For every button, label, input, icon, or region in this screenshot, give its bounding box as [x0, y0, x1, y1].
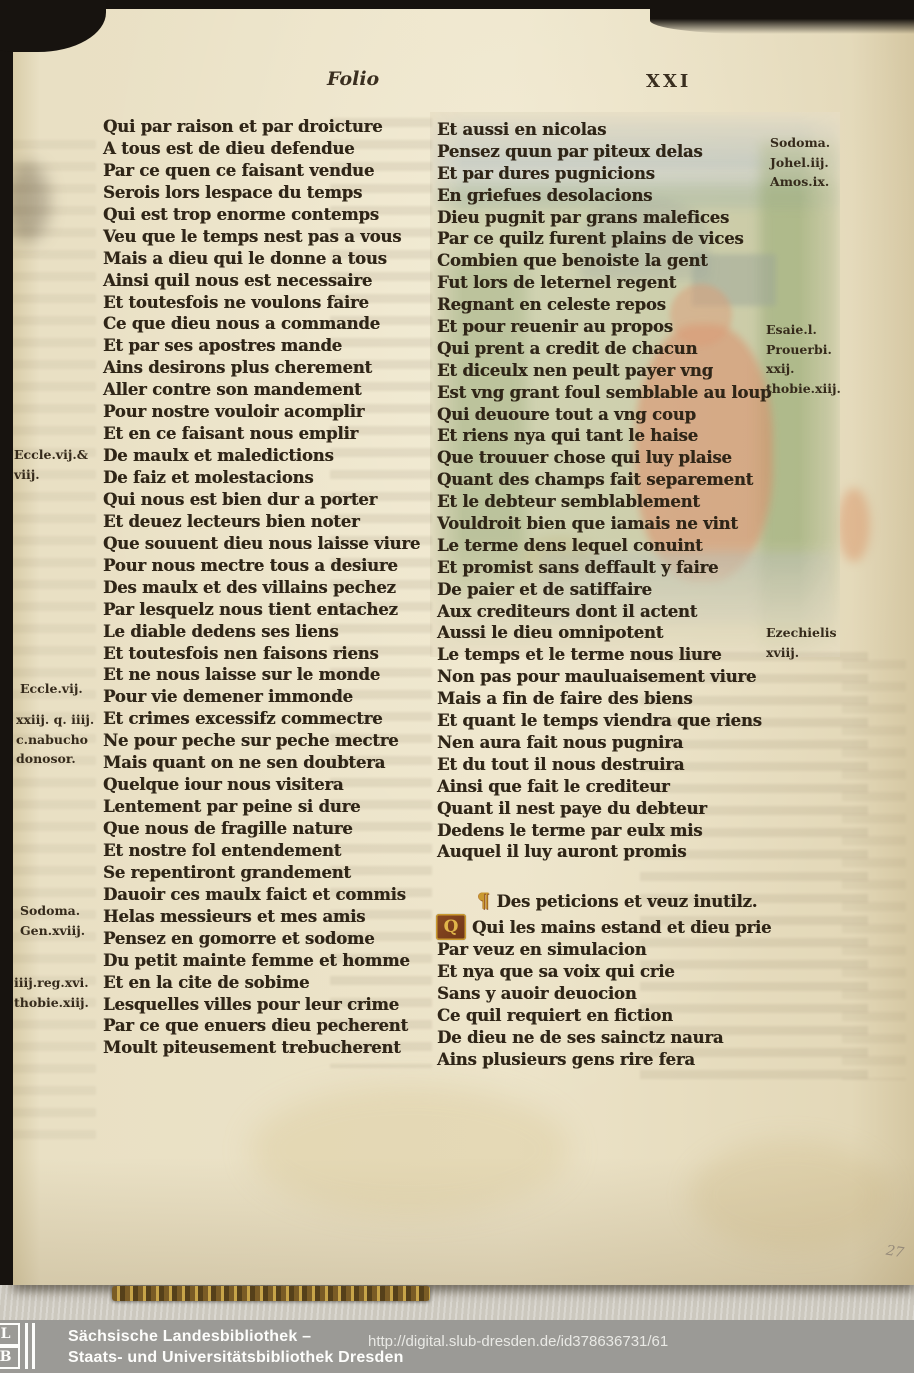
- verse-line: Helas messieurs et mes amis: [103, 906, 437, 928]
- verse-line: Qui les mains estand et dieu prie: [472, 917, 771, 939]
- margin-note-line: Prouerbi.: [766, 340, 841, 360]
- verse-line: Ainsi que fait le crediteur: [437, 776, 857, 798]
- verse-line: Le terme dens lequel conuint: [437, 535, 857, 557]
- margin-note-left: xxiij. q. iiij.c.nabuchodonosor.: [16, 710, 94, 769]
- slub-logo-letter: B: [0, 1346, 20, 1369]
- margin-note-left: iiij.reg.xvi.thobie.xiij.: [14, 973, 89, 1012]
- folio-label: Folio: [327, 68, 379, 90]
- verse-line: Dedens le terme par eulx mis: [437, 820, 857, 842]
- illuminated-initial: Q: [436, 914, 466, 940]
- verse-line: Que nous de fragille nature: [103, 818, 437, 840]
- scan-background-corner: [650, 0, 914, 34]
- verse-line: Sans y auoir deuocion: [437, 983, 857, 1005]
- left-text-column: Qui par raison et par droictureA tous es…: [103, 116, 437, 1059]
- verse-line: Moult piteusement trebucherent: [103, 1037, 437, 1059]
- margin-note-left: Sodoma.Gen.xviij.: [20, 901, 85, 940]
- verse-line: Le diable dedens ses liens: [103, 621, 437, 643]
- verse-line: Et nya que sa voix qui crie: [437, 961, 857, 983]
- verse-line: Mais quant on ne sen doubtera: [103, 752, 437, 774]
- verse-line: Aux crediteurs dont il actent: [437, 601, 857, 623]
- verse-line: Dauoir ces maulx faict et commis: [103, 884, 437, 906]
- verse-line: Regnant en celeste repos: [437, 294, 857, 316]
- footer-bar: L B Sächsische Landesbibliothek – Staats…: [0, 1320, 914, 1373]
- verse-line: A tous est de dieu defendue: [103, 138, 437, 160]
- verse-line: Que souuent dieu nous laisse viure: [103, 533, 437, 555]
- verse-line: Qui est trop enorme contemps: [103, 204, 437, 226]
- margin-note-line: iiij.reg.xvi.: [14, 973, 89, 993]
- verse-line: Ains plusieurs gens rire fera: [437, 1049, 857, 1071]
- verse-line: Pensez en gomorre et sodome: [103, 928, 437, 950]
- margin-note-line: Ezechielis: [766, 623, 837, 643]
- scan-background-edge: [0, 0, 13, 1285]
- verse-line: Serois lors lespace du temps: [103, 182, 437, 204]
- margin-note-line: xviij.: [766, 643, 837, 663]
- margin-note-line: Sodoma.: [770, 133, 830, 153]
- verse-line: Fut lors de leternel regent: [437, 272, 857, 294]
- verse-line: Et toutesfois ne voulons faire: [103, 292, 437, 314]
- verse-line: Et du tout il nous destruira: [437, 754, 857, 776]
- verse-line: Combien que benoiste la gent: [437, 250, 857, 272]
- verse-line: De faiz et molestacions: [103, 467, 437, 489]
- verse-line: Qui nous est bien dur a porter: [103, 489, 437, 511]
- verse-line: De paier et de satiffaire: [437, 579, 857, 601]
- verse-line: Et riens nya qui tant le haise: [437, 425, 857, 447]
- verse-line: Et nostre fol entendement: [103, 840, 437, 862]
- margin-note-left: Eccle.vij.: [20, 679, 83, 699]
- verse-line: Ce quil requiert en fiction: [437, 1005, 857, 1027]
- margin-note-line: Eccle.vij.: [20, 679, 83, 699]
- verse-line: Dieu pugnit par grans malefices: [437, 207, 857, 229]
- verse-line: Et par ses apostres mande: [103, 335, 437, 357]
- scan-url: http://digital.slub-dresden.de/id3786367…: [368, 1333, 668, 1350]
- slub-logo: L B: [0, 1323, 47, 1370]
- margin-note-line: Eccle.vij.&: [14, 445, 88, 465]
- verse-line: Se repentiront grandement: [103, 862, 437, 884]
- page-stain: [250, 1085, 570, 1215]
- verse-line: Mais a fin de faire des biens: [437, 688, 857, 710]
- verse-line: Non pas pour mauluaisement viure: [437, 666, 857, 688]
- verse-line: Ne pour peche sur peche mectre: [103, 730, 437, 752]
- margin-note-line: Esaie.l.: [766, 320, 841, 340]
- verse-line: Lesquelles villes pour leur crime: [103, 994, 437, 1016]
- verse-line: Quant des champs fait separement: [437, 469, 857, 491]
- verse-line: Ains desirons plus cherement: [103, 357, 437, 379]
- verse-line: De maulx et maledictions: [103, 445, 437, 467]
- verse-line: Pour nous mectre tous a desiure: [103, 555, 437, 577]
- verse-line: Et quant le temps viendra que riens: [437, 710, 857, 732]
- pilcrow-icon: ¶: [477, 888, 490, 912]
- verse-line: Que trouuer chose qui luy plaise: [437, 447, 857, 469]
- verse-line: Par lesquelz nous tient entachez: [103, 599, 437, 621]
- right-text-column: Et aussi en nicolasPensez quun par piteu…: [437, 119, 857, 863]
- margin-note-right: Esaie.l.Prouerbi.xxij.thobie.xiij.: [766, 320, 841, 398]
- verse-line: Par ce quen ce faisant vendue: [103, 160, 437, 182]
- verse-line: Ce que dieu nous a commande: [103, 313, 437, 335]
- verse-line: Pour nostre vouloir acomplir: [103, 401, 437, 423]
- section-heading-text: Des peticions et veuz inutilz.: [497, 892, 758, 911]
- margin-note-line: c.nabucho: [16, 730, 94, 750]
- verse-line: Qui deuoure tout a vng coup: [437, 404, 857, 426]
- verse-line: Et ne nous laisse sur le monde: [103, 664, 437, 686]
- verse-line: Lentement par peine si dure: [103, 796, 437, 818]
- verse-line: Et promist sans deffault y faire: [437, 557, 857, 579]
- verse-line: Auquel il luy auront promis: [437, 841, 857, 863]
- section-text: Par veuz en simulacionEt nya que sa voix…: [437, 939, 857, 1071]
- margin-note-right: Ezechielisxviij.: [766, 623, 837, 662]
- verse-line: Par veuz en simulacion: [437, 939, 857, 961]
- verse-line: Et en la cite de sobime: [103, 972, 437, 994]
- verse-line: Qui par raison et par droicture: [103, 116, 437, 138]
- verse-line: De dieu ne de ses sainctz naura: [437, 1027, 857, 1049]
- verse-line: Du petit mainte femme et homme: [103, 950, 437, 972]
- page-number: XXI: [646, 71, 691, 92]
- margin-note-line: Amos.ix.: [770, 172, 830, 192]
- verse-line: Aller contre son mandement: [103, 379, 437, 401]
- verse-line: Quant il nest paye du debteur: [437, 798, 857, 820]
- verse-line: Ainsi quil nous est necessaire: [103, 270, 437, 292]
- verse-line: Vouldroit bien que iamais ne vint: [437, 513, 857, 535]
- verse-line: Par ce quilz furent plains de vices: [437, 228, 857, 250]
- verse-line: Nen aura fait nous pugnira: [437, 732, 857, 754]
- verse-line: Et deuez lecteurs bien noter: [103, 511, 437, 533]
- verse-line: Quelque iour nous visitera: [103, 774, 437, 796]
- page-stain: [690, 1140, 890, 1250]
- library-name-line2: Staats- und Universitätsbibliothek Dresd…: [68, 1349, 404, 1367]
- margin-note-line: Sodoma.: [20, 901, 85, 921]
- margin-note-line: viij.: [14, 465, 88, 485]
- verse-line: Et crimes excessifz commectre: [103, 708, 437, 730]
- margin-note-line: xxiij. q. iiij.: [16, 710, 94, 730]
- verse-line: Par ce que enuers dieu pecherent: [103, 1015, 437, 1037]
- margin-note-right: Sodoma.Johel.iij.Amos.ix.: [770, 133, 830, 192]
- gilt-book-edge: [112, 1286, 430, 1301]
- margin-note-line: Gen.xviij.: [20, 921, 85, 941]
- handwritten-page-number: 27: [885, 1243, 905, 1262]
- margin-note-line: thobie.xiij.: [766, 379, 841, 399]
- verse-line: Des maulx et des villains pechez: [103, 577, 437, 599]
- verse-line: Et le debteur semblablement: [437, 491, 857, 513]
- margin-note-line: xxij.: [766, 359, 841, 379]
- margin-note-left: Eccle.vij.&viij.: [14, 445, 88, 484]
- verse-line: Pour vie demener immonde: [103, 686, 437, 708]
- margin-note-line: Johel.iij.: [770, 153, 830, 173]
- verse-line: Et en ce faisant nous emplir: [103, 423, 437, 445]
- section-heading: ¶Des peticions et veuz inutilz.: [437, 888, 857, 912]
- verse-line: Veu que le temps nest pas a vous: [103, 226, 437, 248]
- slub-logo-letter: L: [0, 1323, 20, 1346]
- manuscript-scan-viewer: Folio XXI Qui par raison et par droictur…: [0, 0, 914, 1373]
- verse-line: Mais a dieu qui le donne a tous: [103, 248, 437, 270]
- library-name-line1: Sächsische Landesbibliothek –: [68, 1328, 311, 1346]
- slub-logo-bar: [32, 1323, 35, 1369]
- margin-note-line: thobie.xiij.: [14, 993, 89, 1013]
- verse-line: Et toutesfois nen faisons riens: [103, 643, 437, 665]
- margin-note-line: donosor.: [16, 749, 94, 769]
- slub-logo-bar: [25, 1323, 28, 1369]
